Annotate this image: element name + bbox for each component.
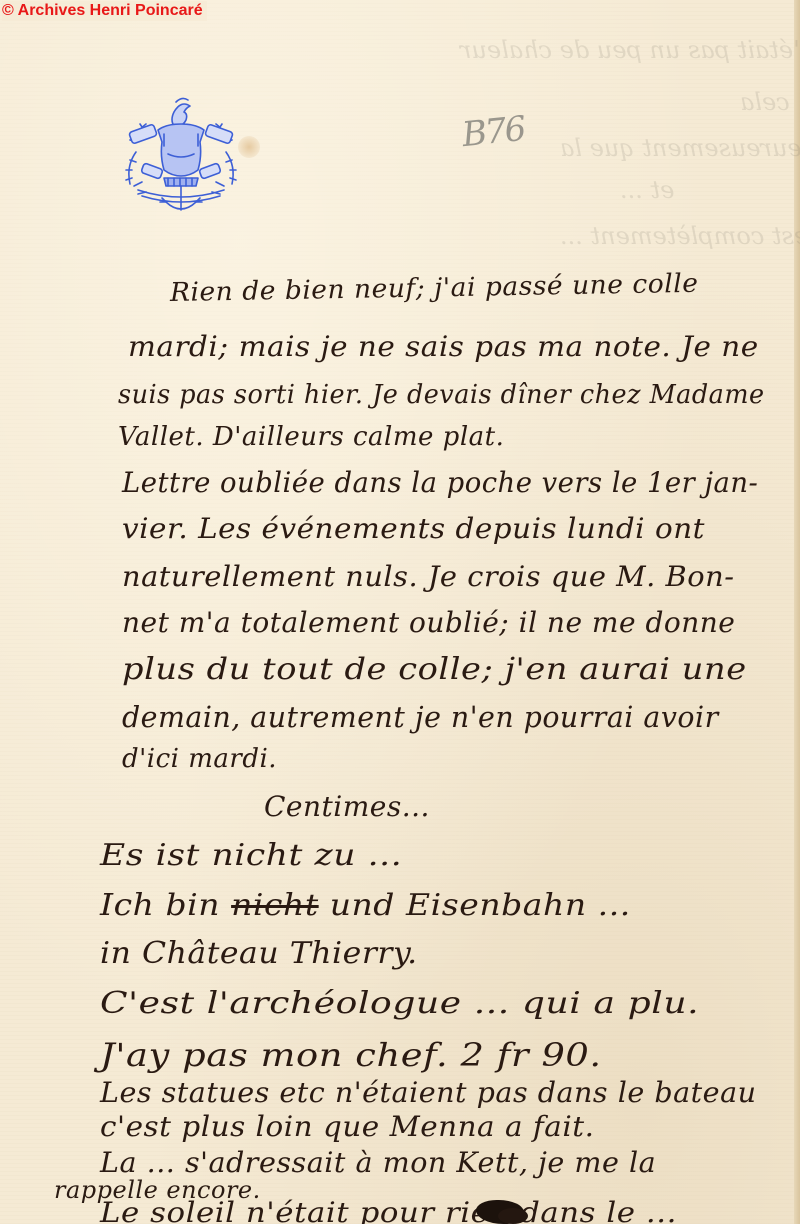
letter-line: d'ici mardi.	[122, 744, 277, 774]
struck-word: nicht	[231, 888, 319, 923]
letter-line: net m'a totalement oublié; il ne me donn…	[122, 606, 735, 639]
letter-line: c'est plus loin que Menna a fait.	[100, 1110, 595, 1143]
letter-line: C'est l'archéologue ... qui a plu.	[100, 986, 699, 1021]
line-segment: und Eisenbahn ...	[319, 888, 631, 923]
letter-line: vier. Les événements depuis lundi ont	[122, 512, 705, 545]
line-segment: Ich bin	[100, 888, 231, 923]
letter-line: Le soleil n'était pour rien dans le ...	[100, 1196, 677, 1224]
letter-body: Rien de bien neuf; j'ai passé une colle …	[0, 0, 800, 1224]
letter-line: plus du tout de colle; j'en aurai une	[122, 652, 747, 687]
letter-line: Lettre oubliée dans la poche vers le 1er…	[122, 466, 758, 499]
ink-blot	[498, 1208, 528, 1224]
letter-line: La ... s'adressait à mon Kett, je me la	[100, 1146, 656, 1179]
letter-line: Rien de bien neuf; j'ai passé une colle	[170, 269, 699, 308]
letter-line: Vallet. D'ailleurs calme plat.	[118, 422, 504, 452]
letter-line: Les statues etc n'étaient pas dans le ba…	[100, 1076, 757, 1109]
section-heading: Centimes...	[264, 790, 430, 823]
letter-line: demain, autrement je n'en pourrai avoir	[122, 700, 719, 734]
letter-line: Ich bin nicht und Eisenbahn ...	[100, 888, 631, 923]
letter-line: suis pas sorti hier. Je devais dîner che…	[118, 380, 765, 410]
manuscript-page: c'était pas un peu de chaleur cela Heure…	[0, 0, 800, 1224]
letter-line: naturellement nuls. Je crois que M. Bon-	[122, 560, 734, 593]
letter-line: in Château Thierry.	[100, 936, 418, 971]
letter-line: J'ay pas mon chef. 2 fr 90.	[100, 1036, 602, 1074]
letter-line: Es ist nicht zu ...	[100, 838, 402, 873]
letter-line: mardi; mais je ne sais pas ma note. Je n…	[128, 330, 759, 363]
